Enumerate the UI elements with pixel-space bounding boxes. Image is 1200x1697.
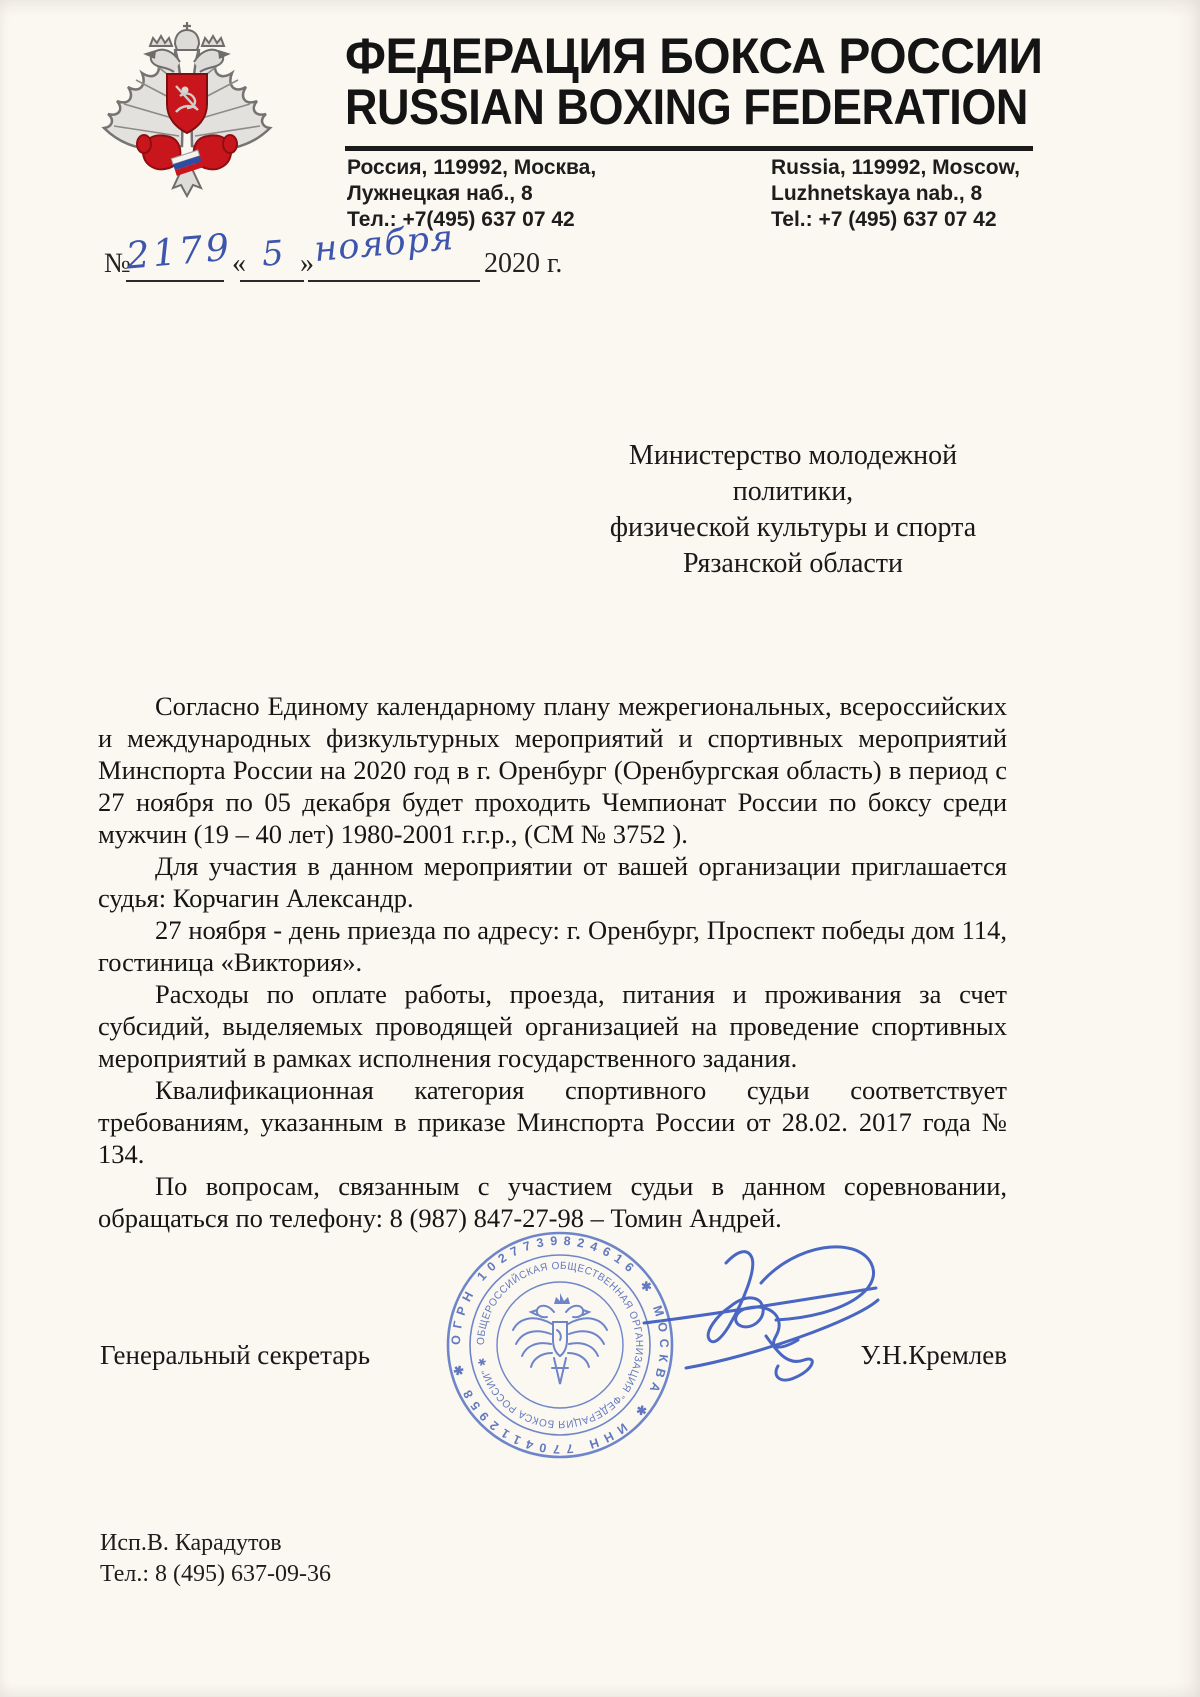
executor-block: Исп.В. Карадутов Тел.: 8 (495) 637-09-36	[100, 1528, 331, 1590]
signer-name: У.Н.Кремлев	[861, 1340, 1008, 1371]
address-line: Россия, 119992, Москва,	[347, 155, 596, 181]
org-name-english: RUSSIAN BOXING FEDERATION	[345, 82, 1028, 132]
address-block-en: Russia, 119992, Moscow, Luzhnetskaya nab…	[771, 155, 1020, 233]
executor-phone: Тел.: 8 (495) 637-09-36	[100, 1559, 331, 1590]
address-line: Лужнецкая наб., 8	[347, 181, 596, 207]
handwritten-document-number: 2179	[124, 225, 234, 277]
quote-close: »	[300, 248, 314, 280]
year-label: 2020 г.	[484, 248, 562, 280]
masthead-divider	[345, 146, 1033, 151]
letter-body: Согласно Единому календарному плану межр…	[98, 690, 1007, 1234]
body-paragraph: Согласно Единому календарному плану межр…	[98, 690, 1007, 850]
body-paragraph: Квалификационная категория спортивного с…	[98, 1074, 1007, 1170]
address-line: Russia, 119992, Moscow,	[771, 155, 1020, 181]
address-line: Tel.: +7 (495) 637 07 42	[771, 207, 1020, 233]
address-block-ru: Россия, 119992, Москва, Лужнецкая наб., …	[347, 155, 596, 233]
handwritten-day: 5	[261, 233, 285, 274]
reference-line: № 2179 « 5 » ноября 2020 г.	[104, 230, 644, 294]
boxing-gloves	[137, 135, 237, 176]
quote-open: «	[232, 248, 246, 280]
recipient-line: Рязанской области	[575, 546, 1011, 582]
address-line: Luzhnetskaya nab., 8	[771, 181, 1020, 207]
body-paragraph: Для участия в данном мероприятии от ваше…	[98, 850, 1007, 914]
recipient-line: физической культуры и спорта	[575, 510, 1011, 546]
scanned-letter-page: ФЕДЕРАЦИЯ БОКСА РОССИИ RUSSIAN BOXING FE…	[0, 0, 1200, 1697]
recipient-line: Министерство молодежной политики,	[575, 438, 1011, 510]
blank-underline	[308, 280, 480, 282]
blank-underline	[240, 280, 304, 282]
eagle-heads-and-crowns	[146, 22, 228, 72]
body-paragraph: Расходы по оплате работы, проезда, питан…	[98, 978, 1007, 1074]
executor-name: Исп.В. Карадутов	[100, 1528, 331, 1559]
signature-row: Генеральный секретарь У.Н.Кремлев	[100, 1340, 1007, 1371]
rbf-emblem-logo	[84, 16, 290, 230]
handwritten-month: ноября	[313, 218, 456, 270]
blank-underline	[126, 280, 224, 282]
signer-title: Генеральный секретарь	[100, 1340, 370, 1371]
org-name-russian: ФЕДЕРАЦИЯ БОКСА РОССИИ	[345, 31, 1043, 81]
recipient-block: Министерство молодежной политики, физиче…	[575, 438, 1011, 582]
body-paragraph: 27 ноября - день приезда по адресу: г. О…	[98, 914, 1007, 978]
